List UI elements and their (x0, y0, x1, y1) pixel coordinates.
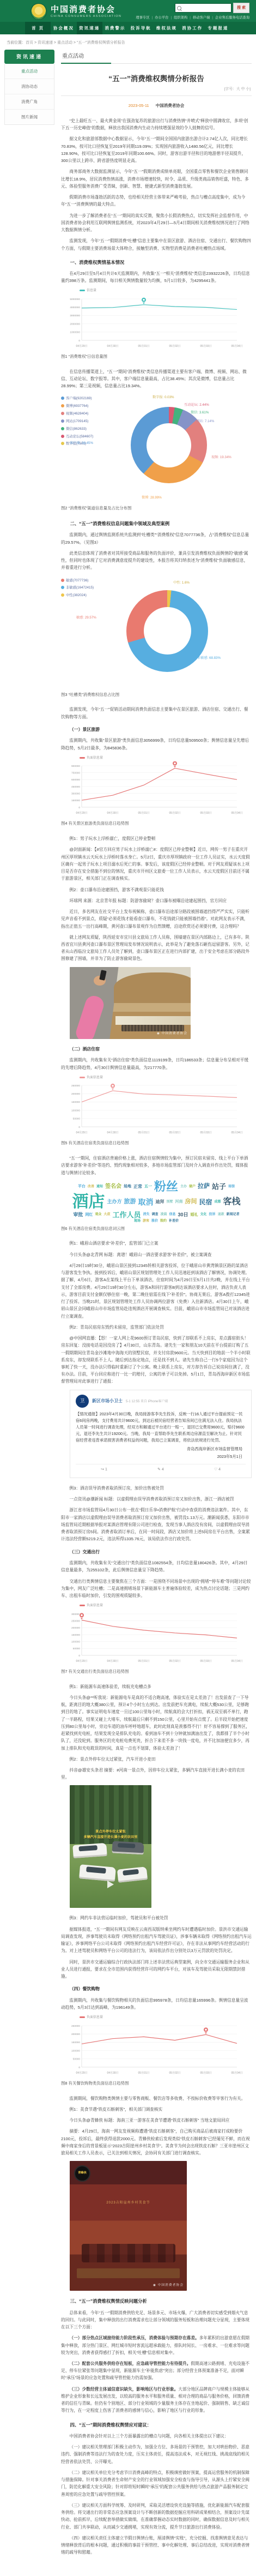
nav-item-4[interactable]: 投诉导航 (128, 22, 154, 34)
svg-text:04月30日: 04月30日 (107, 811, 118, 815)
svg-text:05月02日: 05月02日 (169, 2071, 180, 2075)
article-paragraph: 据文化和旅游部数据中心数据显示，今年“五一”期间全国国内旅游出游合计2.74亿人… (61, 135, 252, 164)
article-paragraph: （二）建议相关单位充分考虑节日消费高峰的特点，积极缜密做好预案，提高运营服务的机… (61, 2469, 252, 2498)
svg-text:05月03日: 05月03日 (200, 344, 211, 348)
photo-hill (114, 972, 191, 1003)
cloud-word: 新闻记者 (227, 1213, 240, 1216)
qingfengxia-badge-icon: 青蜂侠 (74, 2165, 90, 2182)
article-paragraph: 环球网 来源：北京青年报 标题：防游客偷窥？壶口瀑布被曝沿途建起围挡，官方回应 (61, 897, 252, 904)
breadcrumb: 当前位置：首页 > 资讯速递 > 重点活动 > “五一”消费维权舆情分析报告 (7, 40, 251, 45)
photo-car (72, 1843, 107, 1858)
font-size-control[interactable]: [字号：大 中 小] (61, 86, 251, 91)
cloud-word: 补差价 (169, 1220, 179, 1223)
post-author[interactable]: 新区市场小卫士 (92, 1397, 123, 1405)
svg-text:450000: 450000 (71, 785, 80, 789)
svg-text:04月29日: 04月29日 (76, 344, 87, 348)
nav-item-2[interactable]: 资讯速递 (77, 22, 102, 34)
svg-text:05月04日: 05月04日 (231, 1131, 242, 1134)
legend-item: 中性(382024) (61, 593, 94, 599)
figure-caption: 图8 有关餐饮购物类负面信息日趋势图 (61, 2080, 252, 2087)
svg-text:05月03日: 05月03日 (200, 2071, 211, 2075)
svg-text:200000: 200000 (71, 1092, 80, 1096)
svg-text:05月01日: 05月01日 (138, 344, 149, 348)
breadcrumb-link[interactable]: 资讯速递 (38, 41, 53, 45)
cloud-word: 场地 (124, 1185, 131, 1188)
svg-text:05月03日: 05月03日 (200, 811, 211, 815)
sidebar-item-0[interactable]: 重点活动 (5, 64, 54, 79)
donut-chart-fig3: 敏感(7077736)非敏感(16472415)中性(382024)中性: 1.… (61, 576, 252, 689)
cloud-word: 凌晨 (160, 1213, 167, 1216)
line-chart-fig1: 信息量0100000020000003000000400000050000000… (61, 288, 252, 351)
article-paragraph: 抖音@雄安头条君 摘要：#河南一景点外，因停车位太紧张，多辆汽车直接开进长满小麦… (61, 1767, 252, 1781)
cloud-word: 工作人员 (112, 1211, 141, 1218)
cloud-word: 投诉 (209, 1213, 216, 1216)
cloud-word: 改善 (88, 1185, 94, 1188)
search-icon (177, 6, 181, 10)
svg-text:05月03日: 05月03日 (200, 1131, 211, 1134)
article-paragraph: 例3：网约车非法营运临时加价，驾驶员和平台被处罚 (61, 1914, 252, 1922)
sidebar: 资讯速递 重点活动消协动态消费广角图片新闻 (4, 50, 54, 2560)
photo-crowd (121, 1025, 184, 1031)
search-button[interactable]: 搜 索 (233, 3, 249, 13)
separator: | (170, 16, 172, 20)
svg-text:150000: 150000 (71, 2041, 80, 2044)
article-paragraph: “五一”期间，住宿酒店普遍价格上涨，酒店住宿舆情较为集中，预订民宿未留房、线上平… (61, 1155, 252, 1176)
section-heading: 二、“五一”消费维权信息问题集中领域及典型案例 (61, 520, 252, 527)
legend-swatch (61, 427, 64, 430)
cloud-word: 签名会 (105, 1184, 121, 1190)
article-paragraph: 监测期内，通过舆情监测系统共监测到“吐槽类”“消费维权”信息7077736条，占… (61, 531, 252, 545)
figure-caption: 图3 “吐槽类”消费维权信息占比图 (61, 692, 252, 699)
article-paragraph: 监测期内，共收集“景区旅游”类负面信息3056999条，日均信息量509500条… (61, 737, 252, 751)
cloud-word: 客栈 (223, 1198, 241, 1206)
cloud-word: 主办方 (107, 1199, 121, 1204)
header-link[interactable]: 组织架构 (174, 16, 187, 20)
article-paragraph: 商务部商务大数据监测显示，今年“五一”假期消费成绩单亮眼，全国重点零售和餐饮企业… (61, 168, 252, 190)
article-paragraph: 例3：酒店误导消费者取消预订房，加价出售被处罚 (61, 1485, 252, 1492)
article-paragraph: 交通出行类舆情信息主要聚焦在三个方面：一是围绕不同场景中出现的“拥堵”“停车难”… (61, 1578, 252, 1600)
legend-swatch (61, 397, 64, 400)
cloud-word: 信息 (169, 1213, 176, 1216)
breadcrumb-link[interactable]: 重点活动 (57, 41, 72, 45)
subsection-heading: （三）交通出行 (61, 1548, 252, 1556)
article-paragraph: 此类信息体现了消费者对其所接受商品和服务的负面评价，兼具引发消费维权负面舆情的“… (61, 550, 252, 572)
svg-text:750000: 750000 (71, 772, 80, 775)
legend-swatch (61, 419, 64, 423)
article-paragraph: 同时，景洪市交通运输综合行政执法部门将上述非法营运典型案例，向全市交通运输服务企… (61, 1959, 252, 1980)
chart-legend: 敏感(7077736)非敏感(16472415)中性(382024) (61, 578, 94, 601)
article-paragraph: 监测期间，餐饮购物类舆情主要与零售商贩、餐饮店等多收费、不按标价收费等宰客行为有… (61, 2095, 252, 2102)
figure-caption: 图7 有关交通出行类负面信息日趋势图 (61, 1668, 252, 1676)
svg-text:150000: 150000 (71, 799, 80, 802)
cloud-word: 取消 (138, 1198, 153, 1206)
slice-label: 微信: 3.61% (191, 410, 209, 416)
article-paragraph: （三）少数经营主体诚信意识缺失，影响地区与行业形象。大部分地区品牌商户与规模主体… (61, 2386, 252, 2415)
svg-text:05月01日: 05月01日 (138, 2071, 149, 2075)
svg-text:100000: 100000 (71, 2049, 80, 2052)
post-signature: 青岛西海岸新区市场监督管理局 (79, 1446, 242, 1453)
line-chart-fig8: 负面信息量05000010000015000020000025000004月29… (61, 2015, 252, 2078)
chart-legend: 负面信息量 (80, 1603, 252, 1608)
svg-text:250000: 250000 (71, 1619, 80, 1623)
svg-text:100000: 100000 (71, 1640, 80, 1643)
photo-hukou-waterfall: 中国消费者协会 (70, 967, 191, 1039)
svg-text:05月04日: 05月04日 (231, 2071, 242, 2075)
cloud-word: 河南 (175, 1200, 182, 1204)
page-title: “五一”消费维权舆情分析报告 (61, 73, 252, 83)
svg-text:05月01日: 05月01日 (138, 1131, 149, 1134)
article-paragraph: 在信息传播渠道上，“五一”期间“消费维权”类信息传播渠道主要有客户端、微博、视频… (61, 368, 252, 390)
slice-label: 数字报: 0.03% (153, 395, 174, 401)
cloud-word: 平台 (78, 1185, 86, 1188)
cloud-word: 民宿 (199, 1199, 212, 1205)
cloud-word: 五一 (144, 1185, 152, 1188)
svg-text:0: 0 (78, 806, 80, 809)
svg-text:04月29日: 04月29日 (76, 1131, 87, 1134)
nav-item-5[interactable]: 维权法规 (154, 22, 179, 34)
legend-item: 敏感(7077736) (61, 578, 94, 584)
cca-emblem-icon (31, 3, 47, 20)
article-paragraph: （二）配套公共服务供给存在短板，应急疏导管控能力有待提升。假期高速公路拥堵、充电… (61, 2360, 252, 2382)
breadcrumb-link[interactable]: 首页 (26, 41, 33, 45)
article-paragraph: 监测期内，共收集与餐饮购物相关的负面信息995978条，日均信息量165996条… (61, 1997, 252, 2011)
post-meta: 5-1 12:55 来自 iPhone客户端 (126, 1399, 168, 1404)
slice-label: 中性: 1.6% (173, 580, 190, 586)
post-header: 卫新区市场小卫士5-1 12:55 来自 iPhone客户端 (76, 1395, 246, 1408)
svg-text:0: 0 (78, 2066, 80, 2069)
post-body: 【情况通报】2023年4月30日晚，我局接游客李先生投诉，反映一行16人通过平台… (76, 1411, 246, 1444)
svg-text:2000000: 2000000 (70, 322, 80, 326)
slice-label: 微博: 28.99% (142, 495, 162, 501)
legend-swatch (80, 2016, 85, 2018)
article-paragraph: 监测期内，共收集有关“酒店住宿”类负面信息1119199条，日均186533条；… (61, 1056, 252, 1071)
cloud-word: 涨价 (151, 1220, 158, 1223)
article-paragraph: 例2：景点外停车位太过紧张，汽车开进小麦田 (61, 1756, 252, 1763)
article-paragraph: 监测期内，共收集有关“交通出行”类负面信息1082554条，日均信息量18042… (61, 1559, 252, 1574)
article-paragraph: 在4月29日至5月4日共计6天监测期内，共收集“五一”相关“消费维权”类信息23… (61, 270, 252, 284)
cloud-word: 成都 (215, 1200, 221, 1204)
cloud-word: 储户 (189, 1185, 196, 1188)
breadcrumb-label: 当前位置： (7, 41, 26, 45)
sidebar-item-2[interactable]: 消费广角 (5, 94, 54, 110)
legend-item: 互动论坛(584607) (61, 434, 93, 440)
separator: | (212, 16, 213, 20)
word-cloud-fig6: 平台改善通知签名会场地正常五一粉丝主办储户拉萨站子场馆酒店主办方旅游取消迪拜别墅… (69, 1180, 243, 1223)
article-paragraph: 摘要：4月29日，海南一网友发视频称遭遇“铁皮石斛刺客”，自己购买商品后被商家打… (61, 2128, 252, 2157)
svg-text:05月01日: 05月01日 (138, 1659, 149, 1663)
separator: | (152, 16, 153, 20)
donut-hole (144, 607, 191, 654)
svg-text:04月30日: 04月30日 (107, 1659, 118, 1663)
svg-text:05月02日: 05月02日 (169, 344, 180, 348)
svg-text:05月03日: 05月03日 (200, 1659, 211, 1663)
legend-swatch (61, 412, 64, 415)
slice-label: 敏感: 29.57% (76, 615, 96, 621)
legend-item: 客户端(9202169) (61, 396, 93, 402)
donut-hole (147, 423, 191, 467)
donut-chart-fig2: 客户端(9202169)微博(6937764)视频(4628404)网站(170… (61, 394, 252, 503)
article-paragraph: 今日头条@青蜂侠 标题：海南三亚一游客在美食节遭遇“铁皮石斛刺客” 当地文旅局回… (61, 2117, 252, 2124)
comment-button[interactable]: ✎ 4 (132, 1464, 189, 1475)
article-paragraph: （一）建议相关管理部门积极主动作为，加强全方位、多场景的干预管控，加大对哄抬物价… (61, 2443, 252, 2465)
main-nav: 首 页协会概况资讯速递消费警示投诉导航维权法规消协工作专题报道 (0, 22, 256, 34)
svg-text:900000: 900000 (71, 765, 80, 768)
figure-caption: 图5 有关酒店住宿类负面信息日趋势图 (61, 1140, 252, 1147)
line-chart-fig7: 负面信息量05000010000015000020000025000030000… (61, 1603, 252, 1666)
sidebar-item-1[interactable]: 消协动态 (5, 79, 54, 94)
photo-stall (82, 2244, 175, 2262)
header-link[interactable]: 办公平台 (155, 16, 168, 20)
nav-item-0[interactable]: 首 页 (25, 22, 51, 34)
article-paragraph: 4月29日19时30分，峨眉山景区接到12345转相关游客投诉，位于峨眉山市黄湾… (61, 1262, 252, 1320)
svg-text:1000000: 1000000 (70, 331, 80, 334)
video-thumb-food-festival[interactable]: 青蜂侠2023吉阳崖州乡村美食节中国消费者协会 (70, 2161, 187, 2291)
cloud-word: 粉丝 (154, 1181, 178, 1193)
photo-watermark: 中国消费者协会 (157, 1031, 187, 1037)
svg-text:250000: 250000 (71, 2025, 80, 2028)
legend-item: 非敏感(16472415) (61, 585, 94, 591)
article-paragraph: 例1：新能源车高速体验差，续航充电槽点多 (61, 1683, 252, 1690)
svg-text:5000000: 5000000 (70, 298, 80, 301)
cloud-word: 30日 (178, 1212, 188, 1217)
figure-caption: 图6 有关酒店住宿类负面信息词云图 (61, 1226, 252, 1233)
svg-text:05月02日: 05月02日 (169, 1131, 180, 1134)
org-name-en: CHINA CONSUMERS ASSOCIATION (51, 15, 121, 18)
article-paragraph: 监测发现，今年“五一”假期消费“吐槽”信息主要集中在景区旅游、酒店住宿、交通出行… (61, 237, 252, 251)
svg-text:05月02日: 05月02日 (169, 1659, 180, 1663)
article-paragraph: 据媒体报道，“五一”期间有网友反映在云南西双版纳乘坐网约车时遭遇临时加价。景洪市… (61, 1926, 252, 1955)
article-paragraph: 浙江省市场监管局4月30日公布一批在“假日乐享•消费护航”行动中查获的消费违法案… (61, 1506, 252, 1542)
avatar: 卫 (76, 1395, 89, 1408)
article-paragraph: 为进一步了解消费者在“五一”期间的真实反馈，聚焦小长假消费热点，切实发挥社会监督… (61, 212, 252, 234)
photo-car (112, 1841, 144, 1855)
svg-text:50000: 50000 (73, 2057, 81, 2061)
article-paragraph: 例1：男子玩水上浮桥溺亡，度假区已停业整顿 (61, 835, 252, 842)
svg-text:200000: 200000 (71, 1626, 80, 1630)
svg-text:05月04日: 05月04日 (231, 1659, 242, 1663)
svg-text:04月29日: 04月29日 (76, 2071, 87, 2075)
weibo-post-card: 卫新区市场小卫士5-1 12:55 来自 iPhone客户端【情况通报】2023… (70, 1390, 252, 1478)
article-paragraph: 例1：峨眉山酒店要求“补差价”，监管部门已立案 (61, 1240, 252, 1247)
photo-banner-text: 2023吉阳崖州乡村美食节 (70, 2200, 187, 2206)
header-link[interactable]: 企业售后服务电话查询 (215, 16, 249, 20)
legend-item: 网站(1709145) (61, 419, 93, 425)
subsection-heading: （二）酒店住宿 (61, 1046, 252, 1053)
site-header: 中国消费者协会 CHINA CONSUMERS ASSOCIATION 搜 索 … (0, 0, 256, 22)
legend-item: 微博(6937764) (61, 404, 93, 410)
cloud-word: 游客 (143, 1220, 149, 1223)
section-heading: 一、消费维权舆情基本情况 (61, 259, 252, 266)
svg-text:300000: 300000 (71, 792, 80, 796)
legend-swatch (61, 435, 64, 438)
slice-label: 网站: 7.14% (196, 419, 214, 425)
cloud-word: 场馆 (228, 1185, 235, 1188)
svg-text:4000000: 4000000 (70, 306, 80, 309)
article-paragraph: （四）建议相关责任主体建立节假日舆情台账，厘清舆情“实账”，充分挖掘、找准舆情意… (61, 2535, 252, 2556)
like-button[interactable]: ♡ 4 (189, 1464, 246, 1475)
svg-text:50000: 50000 (73, 1647, 81, 1650)
cloud-word: 房间 (185, 1199, 197, 1205)
cloud-word: 审批 (73, 1212, 83, 1217)
figure-caption: 图1 “消费维权”日信息量图 (61, 353, 252, 361)
article-paragraph: 今日头条@北青网 标题：离谱！峨眉山一酒店要求游客“补差价”，被立案调查 (61, 1251, 252, 1258)
article-paragraph: 总体来看，今年“五一”假期消费供给充足、场景多元、市场火爆，广大消费者切实感受到… (61, 2309, 252, 2331)
svg-text:50000: 50000 (73, 1118, 81, 1121)
article-body: “史上最旺五一、最火黄金周”在强劲复苏的旅游出行与消费热情“井喷式”释放中圆满收… (61, 117, 252, 2556)
legend-swatch (61, 593, 64, 597)
breadcrumb-current: “五一”消费维权舆情分析报告 (77, 41, 125, 45)
cloud-word: 别墅 (166, 1200, 173, 1204)
svg-text:150000: 150000 (71, 1101, 80, 1104)
site-logo[interactable]: 中国消费者协会 CHINA CONSUMERS ASSOCIATION (31, 3, 121, 20)
publish-source: 中国消费者协会 (156, 103, 185, 108)
post-actions: ↪ 1✎ 4♡ 4 (76, 1464, 246, 1475)
cloud-word: 站子 (212, 1183, 226, 1190)
article-paragraph: 例2：壶口瀑布沿途建围挡，游客不满观景只能花钱 (61, 886, 252, 893)
publish-date: 2023-05-11 (129, 103, 149, 108)
legend-swatch (80, 290, 85, 291)
svg-text:100000: 100000 (71, 1109, 80, 1112)
cloud-word: 通知 (96, 1185, 103, 1188)
article-dateline: 2023-05-11 中国消费者协会 (61, 103, 252, 109)
article-paragraph: 近日，多名网友在社交平台上发布视频称，壶口瀑布沿途部分路段被围墙遮挡得严严实实，… (61, 908, 252, 930)
repost-button[interactable]: ↪ 1 (76, 1464, 132, 1475)
article-paragraph: 监测发现，今年“五一”促销活动期间消费负面信息主要集中在景区旅游、酒店住宿、交通… (61, 706, 252, 720)
subsection-heading: （一）景区旅游 (61, 726, 252, 734)
legend-swatch (61, 442, 64, 445)
legend-swatch (80, 757, 85, 759)
cloud-word: 现场 (134, 1220, 141, 1223)
svg-text:600000: 600000 (71, 778, 80, 782)
photo-water (115, 1016, 191, 1025)
separator: | (190, 16, 191, 20)
cloud-word: 毁约 (160, 1220, 167, 1223)
svg-text:250000: 250000 (71, 1084, 80, 1088)
legend-swatch (61, 586, 64, 589)
cloud-word: 拉萨 (198, 1184, 210, 1190)
article-paragraph: @中国网直播：【怒！一家人网上花9600预订青岛民宿，快到了却联系不上房东，差点… (61, 1335, 252, 1385)
article-paragraph: 假期消费市场蓬勃活跃的态势，也给相关经营主体带来严峻考验，热点与槽点高度集中，成… (61, 194, 252, 208)
svg-text:05月04日: 05月04日 (231, 811, 242, 815)
legend-item: 视频(4628404) (61, 411, 93, 417)
donut-ring (126, 590, 208, 672)
cloud-word: 大叔 (103, 1213, 110, 1216)
article-paragraph: 例2：青岛民宿房东毁约未留房，监管部门依法处罚 (61, 1324, 252, 1331)
cloud-word: 调查 (151, 1213, 158, 1216)
chart-legend: 负面信息量 (80, 755, 252, 761)
line-chart-fig4: 负面信息量01500003000004500006000007500009000… (61, 755, 252, 819)
chart-legend: 信息量 (80, 288, 252, 293)
cloud-word: 酒店 (72, 1194, 105, 1210)
figure-caption: 图2 “消费维权”渠道信息量及占比分布图 (61, 505, 252, 512)
header-link[interactable]: 移动客户端 (193, 16, 210, 20)
legend-item: 微信(862633) (61, 427, 93, 433)
line-chart-fig5: 负面信息量05000010000015000020000025000004月29… (61, 1075, 252, 1138)
subsection-heading: （四）餐饮购物 (61, 1985, 252, 1993)
cloud-word: 婚礼 (191, 1213, 198, 1217)
nav-item-6[interactable]: 消协工作 (180, 22, 205, 34)
donut-ring (131, 407, 207, 483)
svg-text:04月30日: 04月30日 (107, 1131, 118, 1134)
cloud-word: 文化 (200, 1213, 207, 1216)
svg-text:04月30日: 04月30日 (107, 344, 118, 348)
org-name: 中国消费者协会 (51, 5, 121, 14)
article-paragraph: @封面新闻：【#官方回应男子玩水上浮桥溺亡#：度假区已停业整顿】近日，网传一男子… (61, 846, 252, 882)
svg-text:05月02日: 05月02日 (169, 811, 180, 815)
nav-item-7[interactable]: 专题报道 (205, 22, 231, 34)
header-links: 理事专区|办公平台|组织架构|移动客户端|企业售后服务电话查询 (136, 15, 249, 20)
chart-legend: 负面信息量 (80, 2015, 252, 2020)
slice-label: 客户端: 38.45% (70, 441, 93, 447)
cloud-word: 网红 (85, 1213, 93, 1217)
svg-text:150000: 150000 (71, 1634, 80, 1637)
sidebar-title[interactable]: 资讯速递 (4, 50, 54, 64)
svg-text:0: 0 (78, 1654, 80, 1658)
cloud-word: 观众 (95, 1213, 101, 1216)
cloud-word: 退款 (218, 1213, 224, 1216)
article-paragraph: 例1：美食节遇“铁皮石斛刺客”，相关部门调查核实 (61, 2106, 252, 2113)
article-paragraph: （三）建议相关方面科学统筹、及时研判，采取灵活增设快充设施等措施，优化新能源汽车… (61, 2502, 252, 2531)
article-paragraph: 就上述网友质疑，陕西延安市宜川县文旅局工作人员称，围墙建在景区内部路边上，已有多… (61, 934, 252, 963)
legend-swatch (80, 1077, 85, 1078)
tab-key-activities[interactable]: 重点活动 (61, 50, 111, 64)
video-thumb-wheat-field[interactable]: 景点外停车位太紧张多辆汽车直接开进长满小麦的农田里 (70, 1785, 151, 1908)
nav-item-1[interactable]: 协会概况 (51, 22, 76, 34)
header-link[interactable]: 理事专区 (136, 16, 149, 20)
chart-legend: 负面信息量 (80, 1075, 252, 1080)
svg-text:0: 0 (78, 1126, 80, 1129)
sidebar-item-3[interactable]: 图片新闻 (5, 110, 54, 124)
svg-text:04月30日: 04月30日 (107, 2071, 118, 2075)
article-paragraph: 中国消费者协会针对以上三个方面暴露出的槽点与问题，向各相关主体提出以下建议： (61, 2433, 252, 2440)
svg-text:05月01日: 05月01日 (138, 811, 149, 815)
section-heading: 四、“五一”期间消费维权舆情应对建议： (61, 2421, 252, 2429)
figure-caption: 图4 有关景区旅游类负面信息日趋势图 (61, 820, 252, 827)
divider (61, 95, 252, 96)
photo-watermark: 中国消费者协会 (153, 2283, 184, 2289)
article-paragraph: （一）部分热点区域接待能力阶段性承压，消费体验与预期存在落差。多年累积的出游意愿… (61, 2334, 252, 2356)
slice-label: 互动论坛: 2.44% (184, 403, 209, 409)
photo-table (77, 2268, 180, 2278)
article-paragraph: “史上最旺五一、最火黄金周”在强劲复苏的旅游出行与消费热情“井喷式”释放中圆满收… (61, 117, 252, 131)
play-icon (107, 1881, 114, 1888)
article-paragraph: 今日头条@**听我说：新能源电车是真的不适合跑高速，体验实在是太差劲了！出发前查… (61, 1694, 252, 1752)
search-input[interactable] (183, 4, 229, 12)
section-heading: 三、“五一”消费维权舆情反映问题分析 (61, 2297, 252, 2305)
svg-text:300000: 300000 (71, 1613, 80, 1616)
legend-swatch (80, 1605, 85, 1606)
svg-text:0: 0 (78, 339, 80, 343)
cloud-word: 迪拜 (155, 1200, 164, 1204)
cloud-word: 消失 (143, 1213, 149, 1216)
cloud-word: 主办 (180, 1185, 187, 1188)
video-overlay-text: 景点外停车位太紧张多辆汽车直接开进长满小麦的农田里 (70, 1829, 151, 1840)
svg-text:3000000: 3000000 (70, 314, 80, 317)
post-date: 2023年5月1日 (79, 1454, 242, 1461)
article-paragraph: 一点资讯@潮新闻 标题：以虚假理由误导消费者取消预订房又加价出售，浙江一酒店被罚 (61, 1496, 252, 1503)
svg-text:04月29日: 04月29日 (76, 1659, 87, 1663)
svg-text:04月29日: 04月29日 (76, 811, 87, 815)
legend-swatch (61, 579, 64, 582)
cloud-word: 旅游 (124, 1199, 136, 1205)
svg-text:05月04日: 05月04日 (231, 344, 242, 348)
cloud-word: 正常 (133, 1185, 142, 1189)
svg-text:200000: 200000 (71, 2033, 80, 2036)
nav-item-3[interactable]: 消费警示 (102, 22, 128, 34)
slice-label: 视频: 19.34% (211, 455, 231, 461)
legend-swatch (61, 404, 64, 407)
slice-label: 非敏感: 68.83% (197, 656, 221, 662)
